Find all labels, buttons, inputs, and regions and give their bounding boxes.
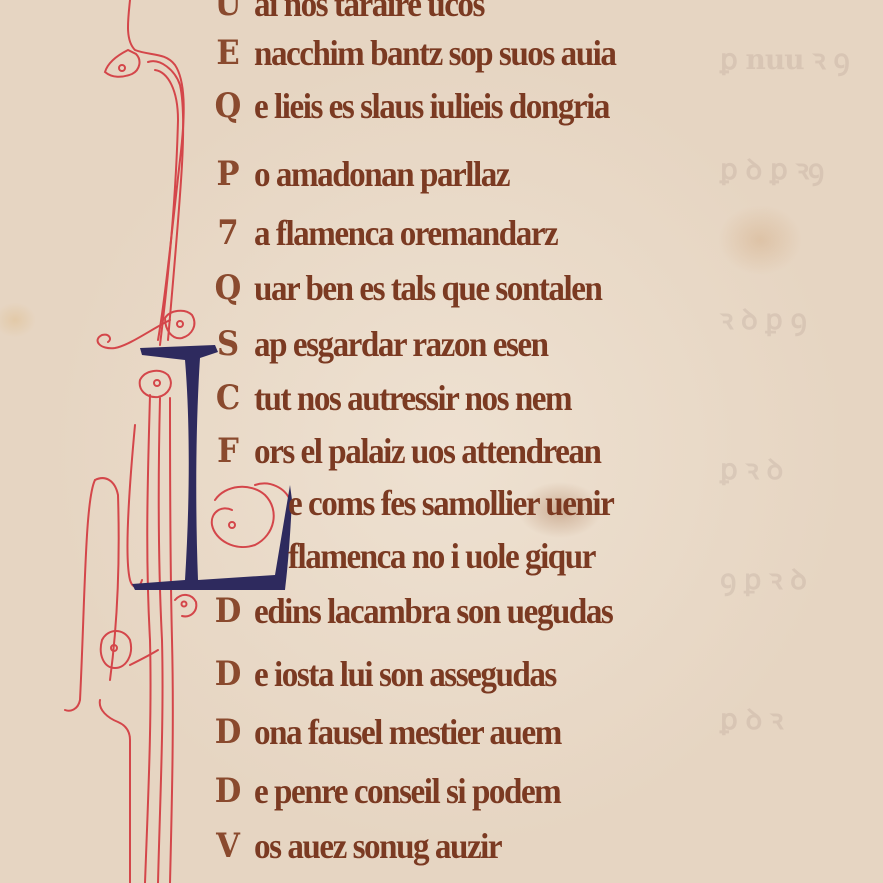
text-line: Q e lieis es slaus iulieis dongria bbox=[208, 80, 640, 132]
line-text: ors el palaiz uos attendrean bbox=[254, 430, 600, 472]
line-initial: D bbox=[210, 771, 246, 811]
line-initial: S bbox=[210, 324, 246, 364]
text-line: D edins lacambra son uegudas bbox=[208, 585, 644, 637]
line-text: e coms fes samollier uenir bbox=[288, 482, 613, 524]
line-initial: C bbox=[210, 378, 246, 418]
text-line: V os auez sonug auzir bbox=[208, 820, 523, 872]
line-text: o amadonan parllaz bbox=[254, 153, 509, 195]
line-initial: E bbox=[210, 33, 246, 73]
line-initial: U bbox=[210, 0, 246, 24]
text-line: D e penre conseil si podem bbox=[208, 765, 587, 817]
text-line: P o amadonan parllaz bbox=[208, 148, 531, 200]
line-initial: Q bbox=[210, 268, 246, 308]
line-initial: D bbox=[210, 654, 246, 694]
line-text: nacchim bantz sop suos auia bbox=[254, 32, 615, 74]
line-text: ai nos taraire ucos bbox=[254, 0, 484, 25]
text-line: Q uar ben es tals que sontalen bbox=[208, 262, 632, 314]
text-line: E nacchim bantz sop suos auia bbox=[208, 27, 647, 79]
text-line: D e iosta lui son assegudas bbox=[208, 648, 582, 700]
line-text: ona fausel mestier auem bbox=[254, 711, 561, 753]
text-line: 7 a flamenca oremandarz bbox=[208, 207, 584, 259]
line-text: uar ben es tals que sontalen bbox=[254, 267, 601, 309]
line-text: os auez sonug auzir bbox=[254, 825, 501, 867]
line-text: tut nos autressir nos nem bbox=[254, 377, 571, 419]
line-text: e penre conseil si podem bbox=[254, 770, 560, 812]
line-text: flamenca no i uole giqur bbox=[288, 535, 595, 577]
line-text: edins lacambra son uegudas bbox=[254, 590, 612, 632]
text-line: F ors el palaiz uos attendrean bbox=[208, 425, 631, 477]
line-initial: Q bbox=[210, 86, 246, 126]
line-initial: D bbox=[210, 591, 246, 631]
text-line: C tut nos autressir nos nem bbox=[208, 372, 599, 424]
text-line: e coms fes samollier uenir bbox=[288, 477, 642, 529]
line-text: ap esgardar razon esen bbox=[254, 323, 548, 365]
line-initial: F bbox=[210, 431, 246, 471]
text-line: U ai nos taraire ucos bbox=[208, 0, 504, 30]
line-initial: V bbox=[210, 826, 246, 866]
line-text: a flamenca oremandarz bbox=[254, 212, 557, 254]
line-initial: D bbox=[210, 712, 246, 752]
text-line: D ona fausel mestier auem bbox=[208, 706, 587, 758]
line-text: e lieis es slaus iulieis dongria bbox=[254, 85, 609, 127]
line-text: e iosta lui son assegudas bbox=[254, 653, 556, 695]
line-initial: 7 bbox=[210, 213, 246, 253]
text-line: flamenca no i uole giqur bbox=[288, 530, 622, 582]
text-line: S ap esgardar razon esen bbox=[208, 318, 573, 370]
line-initial: P bbox=[210, 154, 246, 194]
